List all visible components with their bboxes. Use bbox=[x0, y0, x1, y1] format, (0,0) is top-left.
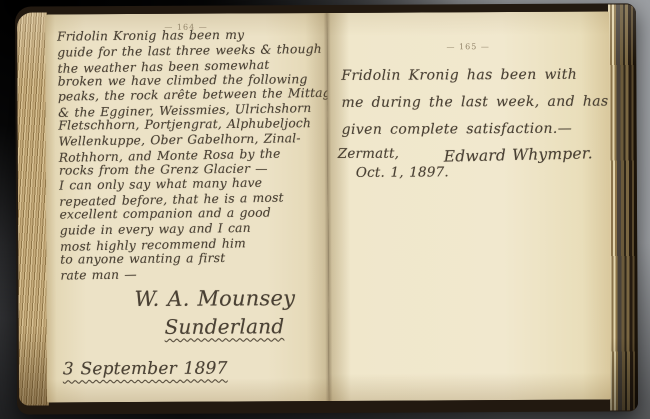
entry-place-zermatt: Zermatt, bbox=[338, 146, 400, 162]
entry-date-right: Oct. 1, 1897. bbox=[356, 164, 449, 180]
signature-mounsey: W. A. Mounsey bbox=[134, 286, 295, 311]
handwriting-line: broken we have climbed the following bbox=[58, 72, 327, 89]
right-page: — 165 — Fridolin Kronig has been with me… bbox=[327, 12, 611, 401]
handwriting-line: rate man — bbox=[60, 264, 329, 283]
signature-whymper: Edward Whymper. bbox=[444, 144, 593, 165]
handwriting-line: Fridolin Kronig has been my bbox=[57, 27, 326, 44]
right-page-number: — 165 — bbox=[327, 42, 609, 52]
handwriting-line: given complete satisfaction.— bbox=[342, 116, 606, 144]
handwriting-line: Fridolin Kronig has been with bbox=[341, 62, 605, 90]
handwriting-line: rocks from the Grenz Glacier — bbox=[59, 161, 328, 178]
handwriting-line: to anyone wanting a first bbox=[60, 250, 329, 267]
photo-background: — 164 — Fridolin Kronig has been my guid… bbox=[0, 0, 650, 419]
page-spread: — 164 — Fridolin Kronig has been my guid… bbox=[45, 12, 611, 403]
handwriting-line: excellent companion and a good bbox=[59, 205, 328, 222]
open-guestbook: — 164 — Fridolin Kronig has been my guid… bbox=[15, 3, 638, 414]
left-page: — 164 — Fridolin Kronig has been my guid… bbox=[45, 13, 329, 402]
left-page-entry: Fridolin Kronig has been my guide for th… bbox=[57, 27, 329, 283]
handwriting-line: me during the last week, and has bbox=[341, 89, 605, 117]
handwriting-line: Fletschhorn, Portjengrat, Alphubeljoch bbox=[58, 116, 327, 133]
entry-date-left: 3 September 1897 bbox=[63, 359, 228, 380]
book-cover-right-edge bbox=[608, 4, 638, 410]
page-stack-fore-edge bbox=[17, 12, 49, 405]
right-page-entry: Fridolin Kronig has been with me during … bbox=[341, 62, 605, 144]
signature-place-sunderland: Sunderland bbox=[165, 314, 285, 339]
